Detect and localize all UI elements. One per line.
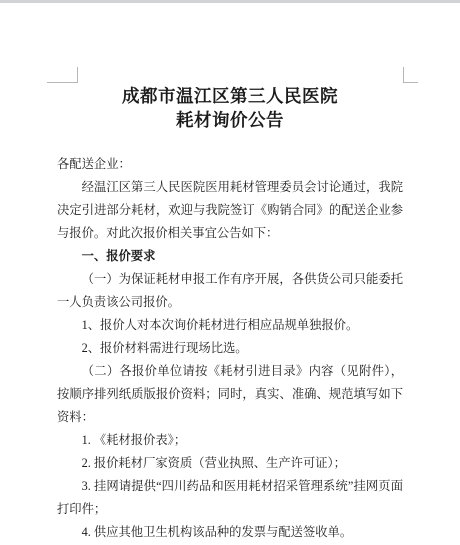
document-title-line1: 成都市温江区第三人民医院 [0, 84, 460, 108]
text-boundary-mark-top-left [47, 67, 78, 83]
paragraph: 4. 供应其他卫生机构该品种的发票与配送签收单。 [57, 521, 403, 544]
paragraph: （二）各报价单位请按《耗材引进目录》内容（见附件），按顺序排列纸质版报价资料；同… [57, 360, 403, 429]
paragraph: 1、报价人对本次询价耗材进行相应品规单独报价。 [57, 314, 403, 337]
paragraph: 经温江区第三人民医院医用耗材管理委员会讨论通过，我院决定引进部分耗材，欢迎与我院… [57, 176, 403, 245]
document-title-line2: 耗材询价公告 [0, 108, 460, 132]
document-page: 成都市温江区第三人民医院 耗材询价公告 各配送企业：经温江区第三人民医院医用耗材… [0, 0, 460, 545]
paragraph: 2. 报价耗材厂家资质（营业执照、生产许可证）； [57, 452, 403, 475]
paragraph: （一）为保证耗材申报工作有序开展，各供货公司只能委托一人负责该公司报价。 [57, 268, 403, 314]
paragraph: 1. 《耗材报价表》； [57, 429, 403, 452]
document-title: 成都市温江区第三人民医院 耗材询价公告 [0, 84, 460, 132]
document-body: 各配送企业：经温江区第三人民医院医用耗材管理委员会讨论通过，我院决定引进部分耗材… [57, 153, 403, 544]
paragraph: 一、报价要求 [57, 245, 403, 268]
paragraph: 各配送企业： [57, 153, 403, 176]
text-boundary-mark-top-right [403, 67, 418, 83]
page-top-edge [0, 0, 460, 3]
paragraph: 2、报价材料需进行现场比选。 [57, 337, 403, 360]
paragraph: 3. 挂网请提供“四川药品和医用耗材招采管理系统”挂网页面打印件； [57, 475, 403, 521]
